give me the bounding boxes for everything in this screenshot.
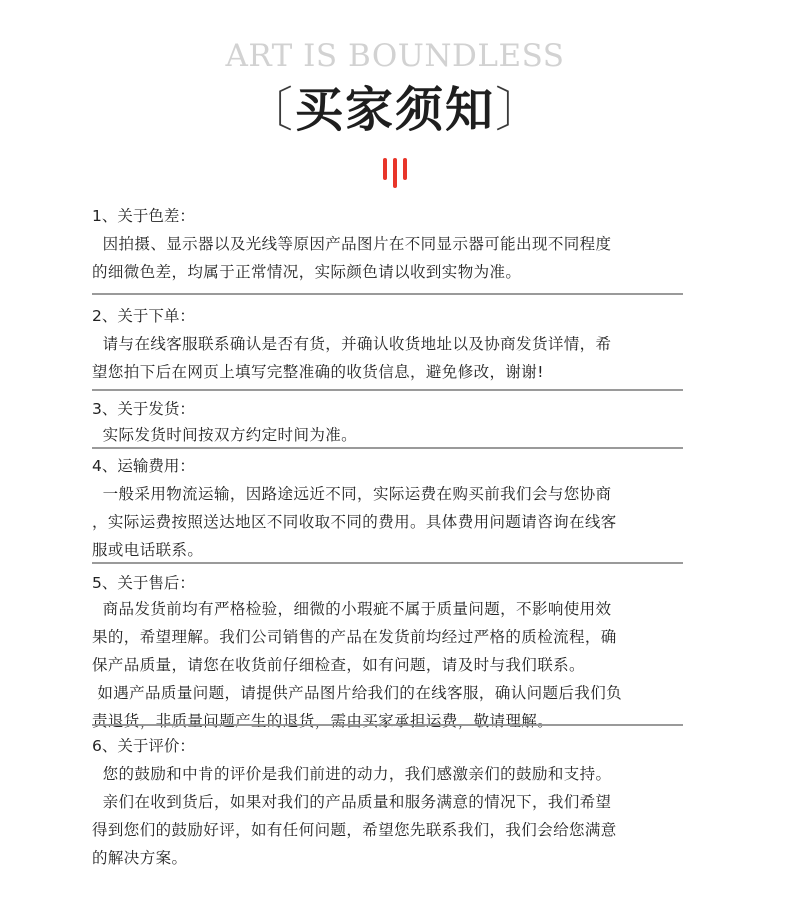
divider [92, 562, 683, 564]
divider [92, 724, 683, 726]
section-text-line: 请与在线客服联系确认是否有货，并确认收货地址以及协商发货详情，希 [92, 330, 692, 358]
section-text-line: 因拍摄、显示器以及光线等原因产品图片在不同显示器可能出现不同程度 [92, 230, 692, 258]
section-text-line: 保产品质量，请您在收货前仔细检查，如有问题，请及时与我们联系。 [92, 651, 692, 679]
section-text-line: 责退货，非质量问题产生的退货，需由买家承担运费，敬请理解。 [92, 707, 692, 735]
section-heading: 3、关于发货： [92, 396, 692, 423]
title-text: 买家须知 [295, 82, 495, 138]
section-text-line: 得到您们的鼓励好评，如有任何问题，希望您先联系我们，我们会给您满意 [92, 816, 692, 844]
section-ordering: 2、关于下单： 请与在线客服联系确认是否有货，并确认收货地址以及协商发货详情，希… [92, 303, 692, 386]
divider [92, 447, 683, 449]
section-heading: 5、关于售后： [92, 571, 692, 595]
section-text-line: 实际发货时间按双方约定时间为准。 [92, 423, 692, 447]
section-text-line: 的解决方案。 [92, 844, 692, 872]
section-text-line: 一般采用物流运输，因路途远近不同，实际运费在购买前我们会与您协商 [92, 480, 692, 508]
section-shipping-cost: 4、运输费用： 一般采用物流运输，因路途远近不同，实际运费在购买前我们会与您协商… [92, 453, 692, 564]
red-accent-mark-icon [381, 158, 409, 190]
section-heading: 1、关于色差： [92, 203, 692, 230]
section-text-line: ，实际运费按照送达地区不同收取不同的费用。具体费用问题请咨询在线客 [92, 508, 692, 536]
subtitle-art-is-boundless: ART IS BOUNDLESS [0, 38, 790, 74]
title-open-bracket: 〔 [245, 82, 295, 138]
section-text-line: 亲们在收到货后，如果对我们的产品质量和服务满意的情况下，我们希望 [92, 788, 692, 816]
section-text-line: 服或电话联系。 [92, 536, 692, 564]
title-close-bracket: 〕 [495, 82, 545, 138]
section-heading: 4、运输费用： [92, 453, 692, 480]
section-heading: 6、关于评价： [92, 733, 692, 760]
section-text-line: 的细微色差，均属于正常情况，实际颜色请以收到实物为准。 [92, 258, 692, 286]
page-title: 〔买家须知〕 [0, 78, 790, 142]
section-color-difference: 1、关于色差： 因拍摄、显示器以及光线等原因产品图片在不同显示器可能出现不同程度… [92, 203, 692, 286]
section-text-line: 如遇产品质量问题，请提供产品图片给我们的在线客服，确认问题后我们负 [92, 679, 692, 707]
section-after-sales: 5、关于售后： 商品发货前均有严格检验，细微的小瑕疵不属于质量问题，不影响使用效… [92, 571, 692, 735]
section-shipping: 3、关于发货： 实际发货时间按双方约定时间为准。 [92, 396, 692, 447]
section-reviews: 6、关于评价： 您的鼓励和中肯的评价是我们前进的动力，我们感激亲们的鼓励和支持。… [92, 733, 692, 872]
divider [92, 389, 683, 391]
divider [92, 293, 683, 295]
section-text-line: 望您拍下后在网页上填写完整准确的收货信息，避免修改，谢谢! [92, 358, 692, 386]
section-heading: 2、关于下单： [92, 303, 692, 330]
section-text-line: 您的鼓励和中肯的评价是我们前进的动力，我们感激亲们的鼓励和支持。 [92, 760, 692, 788]
section-text-line: 果的，希望理解。我们公司销售的产品在发货前均经过严格的质检流程，确 [92, 623, 692, 651]
section-text-line: 商品发货前均有严格检验，细微的小瑕疵不属于质量问题，不影响使用效 [92, 595, 692, 623]
